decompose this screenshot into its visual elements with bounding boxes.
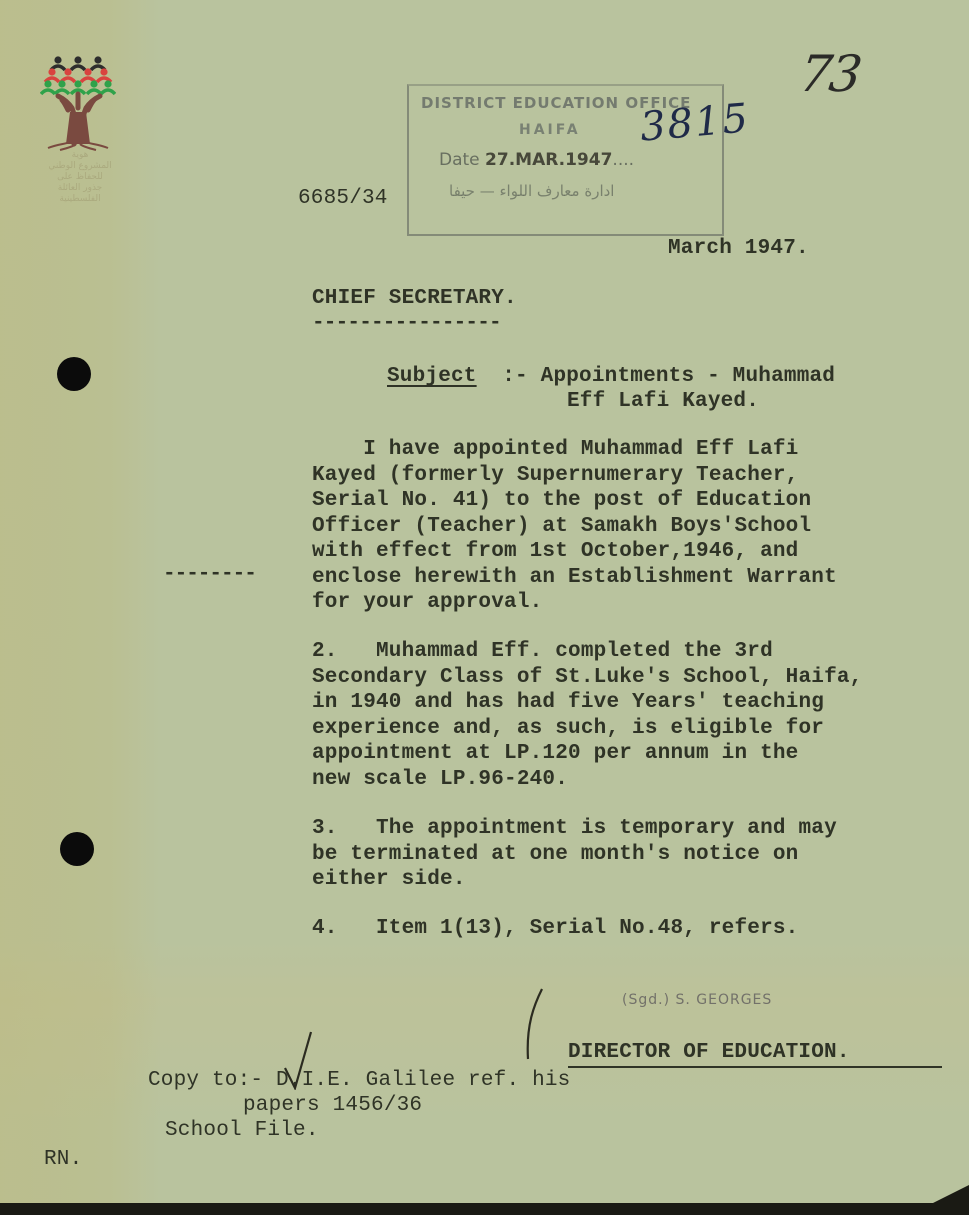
paragraph-1-line: I have appointed Muhammad Eff Lafi	[312, 437, 798, 462]
signature-line	[568, 1066, 942, 1068]
margin-dashes: --------	[163, 563, 256, 586]
addressee-rule: ----------------	[312, 311, 501, 336]
copy-to: Copy to:- D.I.E. Galilee ref. his	[148, 1068, 570, 1093]
typist-initials: RN.	[44, 1147, 82, 1172]
copy-to-label: Copy to:-	[148, 1069, 263, 1092]
tree-people-logo-icon	[40, 52, 116, 152]
paper-corner-fold	[909, 1185, 969, 1215]
stamp-date: Date 27.MAR.1947....	[439, 150, 634, 170]
paragraph-1-line: for your approval.	[312, 590, 542, 615]
paragraph-2-line: in 1940 and has had five Years' teaching	[312, 690, 824, 715]
paragraph-1-line: Officer (Teacher) at Samakh Boys'School	[312, 514, 811, 539]
copy-to-line-3: School File.	[165, 1118, 319, 1143]
paragraph-1-line: Serial No. 41) to the post of Education	[312, 488, 811, 513]
paragraph-2-line: appointment at LP.120 per annum in the	[312, 741, 798, 766]
paragraph-3-line: either side.	[312, 867, 466, 892]
paragraph-1-line: enclose herewith an Establishment Warran…	[312, 565, 837, 590]
paragraph-1-line: with effect from 1st October,1946, and	[312, 539, 798, 564]
subject-line-2: Eff Lafi Kayed.	[567, 389, 759, 414]
folio-number: 73	[796, 45, 864, 103]
paragraph-2-line: experience and, as such, is eligible for	[312, 716, 824, 741]
file-reference: 6685/34	[298, 186, 388, 211]
copy-to-line-2: papers 1456/36	[243, 1093, 422, 1118]
stamp-date-value: 27.MAR.1947	[485, 150, 612, 170]
paragraph-3-line: be terminated at one month's notice on	[312, 842, 798, 867]
signatory-title: DIRECTOR OF EDUCATION.	[568, 1040, 850, 1065]
paragraph-1-line: Kayed (formerly Supernumerary Teacher,	[312, 463, 798, 488]
subject-label: Subject	[387, 365, 477, 388]
watermark-text: هويةالمشروع الوطني للحفاظ علىجذور العائل…	[40, 150, 120, 205]
subject-line-1: Appointments - Muhammad	[541, 365, 835, 388]
paragraph-2-line: new scale LP.96-240.	[312, 767, 568, 792]
paragraph-3-line: 3. The appointment is temporary and may	[312, 816, 837, 841]
subject-block: Subject :- Appointments - Muhammad	[387, 364, 835, 389]
stamp-arabic: ادارة معارف اللواء — حيفا	[449, 182, 614, 200]
stamp-date-label: Date	[439, 150, 480, 170]
stamp-location: HAIFA	[519, 122, 581, 138]
punch-hole	[57, 357, 91, 391]
subject-separator: :-	[502, 365, 528, 388]
handwritten-mark	[520, 985, 550, 1065]
handwritten-reference: 3815	[638, 95, 751, 150]
copy-to-line-1: D.I.E. Galilee ref. his	[276, 1069, 570, 1092]
paragraph-2-line: 2. Muhammad Eff. completed the 3rd	[312, 639, 773, 664]
document-page: هويةالمشروع الوطني للحفاظ علىجذور العائل…	[0, 0, 969, 1203]
letter-date: March 1947.	[668, 236, 809, 261]
signature-stamp: (Sgd.) S. GEORGES	[622, 992, 772, 1008]
punch-hole	[60, 832, 94, 866]
paragraph-4-line: 4. Item 1(13), Serial No.48, refers.	[312, 916, 798, 941]
paragraph-2-line: Secondary Class of St.Luke's School, Hai…	[312, 665, 863, 690]
addressee: CHIEF SECRETARY.	[312, 286, 517, 311]
